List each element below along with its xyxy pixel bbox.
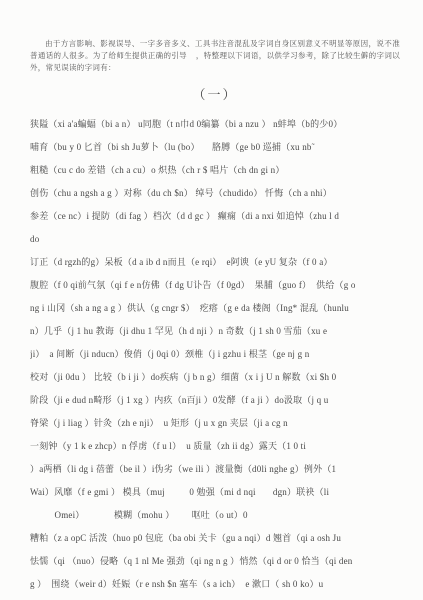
word-list-line: ）a两栖（li dg i 蓓蕾（be il ）i伪劣（we ili ）渡量衡（d… bbox=[30, 458, 406, 481]
word-list-line: 一刻钟（y 1 k e zhcp）n 俘虏（f u l） u 质量（zh ii … bbox=[30, 435, 406, 458]
word-list-line: 校对（ji 0du ） 比较（b i ji ）do疾病（j b n g）细菌（x… bbox=[30, 366, 406, 389]
word-list-line: 脊梁（j i liag ）针灸（zh e nji） u 矩形（j u x gn … bbox=[30, 412, 406, 435]
intro-paragraph: 由于方言影响、影视误导、一字多音多义、工具书注音混乱及字词自身区别意义不明显等原… bbox=[30, 38, 400, 74]
document-page: 由于方言影响、影视误导、一字多音多义、工具书注音混乱及字词自身区别意义不明显等原… bbox=[0, 0, 423, 600]
word-list-line: 狭隘（xi a'a蝙蝠（bi a n） u同胞（t n巾d 0编纂（bi a n… bbox=[30, 113, 406, 136]
word-list-line: 腹腔（f 0 qi前气氛（qi f e n仿佛（f dg U讣告（f 0gd） … bbox=[30, 274, 406, 297]
word-list-line: n）几乎（j 1 hu 教诲（ji dhu 1 罕见（h d nji ）n 奇数… bbox=[30, 320, 406, 343]
word-list-line: Omei） 模糊（mohu ） 呕吐（o ut）0 bbox=[30, 504, 406, 527]
word-list-line: 订正（d rgzh的g）呆板（d a ib d n而且（e rqi） e阿谀（e… bbox=[30, 251, 406, 274]
word-list-line: 粗糙（cu c do 差错（ch a cu）o 炽热（ch r $ 唱片（ch … bbox=[30, 159, 406, 182]
word-list-line: do bbox=[30, 228, 406, 251]
word-list: 狭隘（xi a'a蝙蝠（bi a n） u同胞（t n巾d 0编纂（bi a n… bbox=[30, 113, 406, 596]
word-list-line: 参差（ce nc）i 提防（di fag ）档次（d d gc ） 癫痫（di … bbox=[30, 205, 406, 228]
word-list-line: Wai）风靡（f e gmi ） 模具（muj 0 勉强（mi d nqi dg… bbox=[30, 481, 406, 504]
word-list-line: ng i 山冈（sh a ng a g ）供认（g cngr $） 疙瘩（g e… bbox=[30, 297, 406, 320]
word-list-line: 怯懦（qi （nuo）侵略（q 1 nl Me 强劲（qi ng n g ）悄然… bbox=[30, 550, 406, 573]
word-list-line: ji） a 间断（ji nducn）俊俏（j 0qi 0）颈椎（j i gzhu… bbox=[30, 343, 406, 366]
word-list-line: g ） 围绕（weir d）妊娠（r e nsh $n 塞车（s a ich） … bbox=[30, 573, 406, 596]
word-list-line: 创伤（chu a ngsh a g ）对称（du ch $n） 绰号（chudi… bbox=[30, 182, 406, 205]
section-heading: （一） bbox=[30, 84, 400, 103]
word-list-line: 哺育（bu y 0 匕首（bi sh Ju萝卜（lu (bo） 胳膊（ge b0… bbox=[30, 136, 406, 159]
word-list-line: 阶段（ji e dud n畸形（j 1 xg ）内疚（n百ji ）0发酵（f a… bbox=[30, 389, 406, 412]
word-list-line: 糟粕（z a opC 活泼（huo p0 包庇（ba obi 关卡（gu a n… bbox=[30, 527, 406, 550]
